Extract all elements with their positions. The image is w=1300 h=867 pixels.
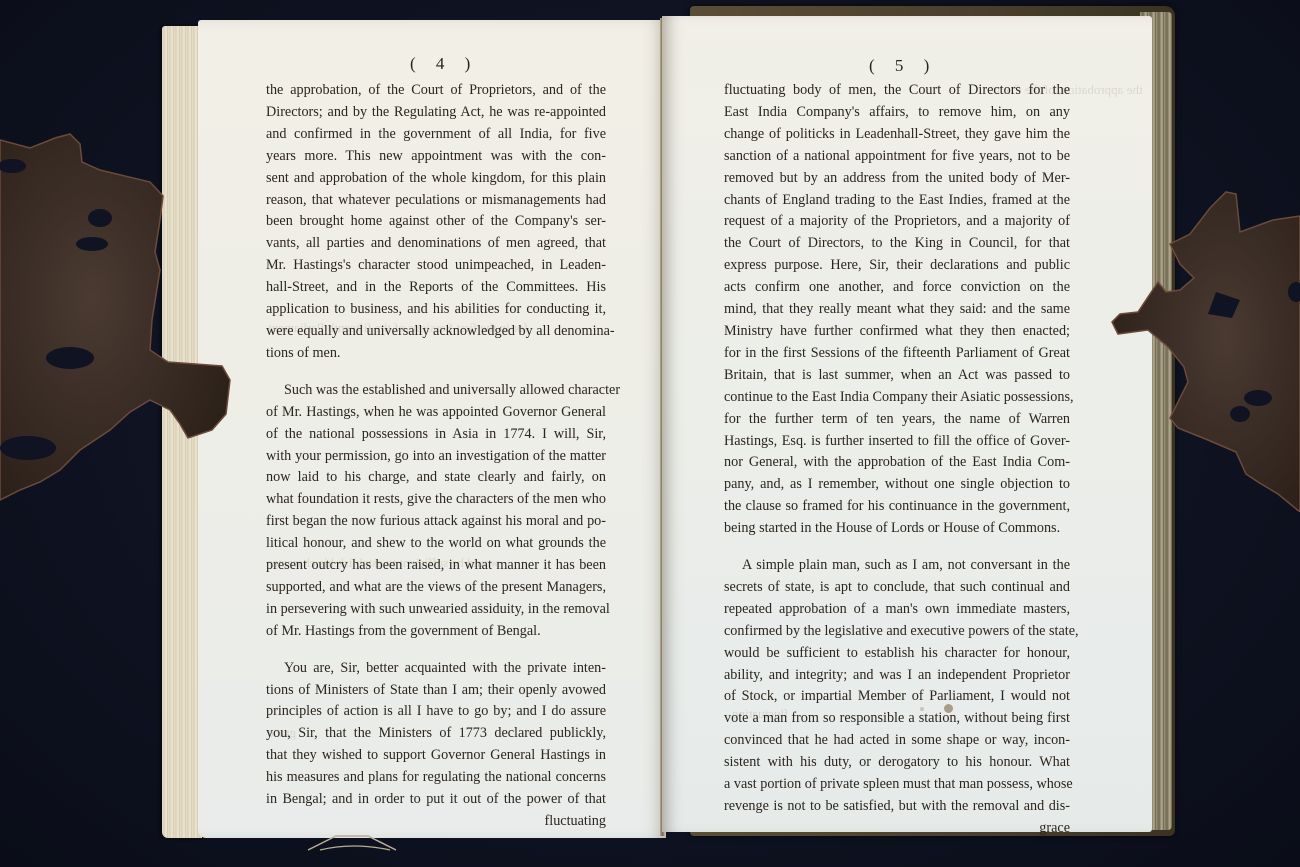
text-line: chants of England trading to the East In… [724, 190, 1070, 212]
text-line: removed but by an address from the unite… [724, 168, 1070, 190]
text-line: change of politicks in Leadenhall-Street… [724, 124, 1070, 146]
text-line: the clause so framed for his continuance… [724, 496, 1070, 518]
page-clip-mark [298, 828, 408, 854]
text-line: in Bengal; and in order to put it out of… [266, 789, 606, 811]
text-line: first began the now furious attack again… [266, 511, 606, 533]
text-line: ability, and integrity; and was I an ind… [724, 665, 1070, 687]
text-line: mind, that they really meant what they s… [724, 299, 1070, 321]
text-line: for the further term of ten years, the n… [724, 409, 1070, 431]
text-line: tions of Ministers of State than I am; t… [266, 680, 606, 702]
text-line: repeated approbation of a man's own imme… [724, 599, 1070, 621]
text-line: would be sufficient to establish his cha… [724, 643, 1070, 665]
text-line: supported, and what are the views of the… [266, 577, 606, 599]
text-line: hall-Street, and in the Reports of the C… [266, 277, 606, 299]
text-line: years more. This new appointment was wit… [266, 146, 606, 168]
text-line: sent and approbation of the whole kingdo… [266, 168, 606, 190]
text-line: East India Company's affairs, to remove … [724, 102, 1070, 124]
text-line: the Court of Directors, to the King in C… [724, 233, 1070, 255]
right-page-body: fluctuating body of men, the Court of Di… [724, 80, 1070, 840]
text-line: sistent with his duty, or derogatory to … [724, 752, 1070, 774]
left-page-body: the approbation, of the Court of Proprie… [266, 80, 606, 833]
text-line: Mr. Hastings's character stood unimpeach… [266, 255, 606, 277]
text-line: You are, Sir, better acquainted with the… [266, 658, 606, 680]
text-line: confirmed by the legislative and executi… [724, 621, 1070, 643]
left-metal-page-holder [0, 130, 235, 510]
text-line: secrets of state, is apt to conclude, th… [724, 577, 1070, 599]
text-line: reason, that whatever peculations or mis… [266, 190, 606, 212]
text-line: acts confirm one another, and force conv… [724, 277, 1070, 299]
text-line: nor General, with the approbation of the… [724, 452, 1070, 474]
catchword: grace [724, 818, 1070, 840]
text-line: litical honour, and shew to the world on… [266, 533, 606, 555]
text-line: of Stock, or impartial Member of Parliam… [724, 686, 1070, 708]
text-line: Directors; and by the Regulating Act, he… [266, 102, 606, 124]
book-photo: for in the first Sessions of the fifteen… [0, 0, 1300, 867]
text-line: and confirmed in the government of all I… [266, 124, 606, 146]
text-line: request of a majority of the Proprietors… [724, 211, 1070, 233]
page-number: ( 5 ) [869, 56, 937, 76]
text-line: convinced that he had acted in some shap… [724, 730, 1070, 752]
text-line: continue to the East India Company their… [724, 387, 1070, 409]
text-line: been brought home against other of the C… [266, 211, 606, 233]
text-line: tions of men. [266, 343, 606, 365]
text-line: what foundation it rests, give the chara… [266, 489, 606, 511]
text-line: a vast portion of private spleen must th… [724, 774, 1070, 796]
text-line: A simple plain man, such as I am, not co… [724, 555, 1070, 577]
text-line: fluctuating body of men, the Court of Di… [724, 80, 1070, 102]
text-line: Such was the established and universally… [266, 380, 606, 402]
text-line: in persevering with such unwearied assid… [266, 599, 606, 621]
text-line: revenge is not to be satisfied, but with… [724, 796, 1070, 818]
text-line: now laid to his charge, and state clearl… [266, 467, 606, 489]
page-number: ( 4 ) [410, 54, 478, 74]
text-line: Britain, that is last summer, when an Ac… [724, 365, 1070, 387]
text-line: vote a man from so responsible a station… [724, 708, 1070, 730]
text-line: application to business, and his abiliti… [266, 299, 606, 321]
text-line: with your permission, go into an investi… [266, 446, 606, 468]
right-page: the approbation, of the Court fluctuatin… [662, 16, 1152, 832]
text-line: of the national possessions in Asia in 1… [266, 424, 606, 446]
text-line: that they wished to support Governor Gen… [266, 745, 606, 767]
text-line: for in the first Sessions of the fifteen… [724, 343, 1070, 365]
text-line: pany, and, as I remember, without one si… [724, 474, 1070, 496]
text-line: sanction of a national appointment for f… [724, 146, 1070, 168]
text-line: express purpose. Here, Sir, their declar… [724, 255, 1070, 277]
text-line: vants, all parties and denominations of … [266, 233, 606, 255]
left-page: for in the first Sessions of the fifteen… [198, 20, 666, 838]
text-line: Ministry have further confirmed what the… [724, 321, 1070, 343]
text-line: you, Sir, that the Ministers of 1773 dec… [266, 723, 606, 745]
text-line: being started in the House of Lords or H… [724, 518, 1070, 540]
text-line: of Mr. Hastings, when he was appointed G… [266, 402, 606, 424]
text-line: present outcry has been raised, in what … [266, 555, 606, 577]
text-line: principles of action is all I have to go… [266, 701, 606, 723]
right-metal-page-holder [1108, 182, 1300, 512]
text-line: the approbation, of the Court of Proprie… [266, 80, 606, 102]
text-line: of Mr. Hastings from the government of B… [266, 621, 606, 643]
text-line: his measures and plans for regulating th… [266, 767, 606, 789]
text-line: were equally and universally acknowledge… [266, 321, 606, 343]
text-line: Hastings, Esq. is further inserted to fi… [724, 431, 1070, 453]
